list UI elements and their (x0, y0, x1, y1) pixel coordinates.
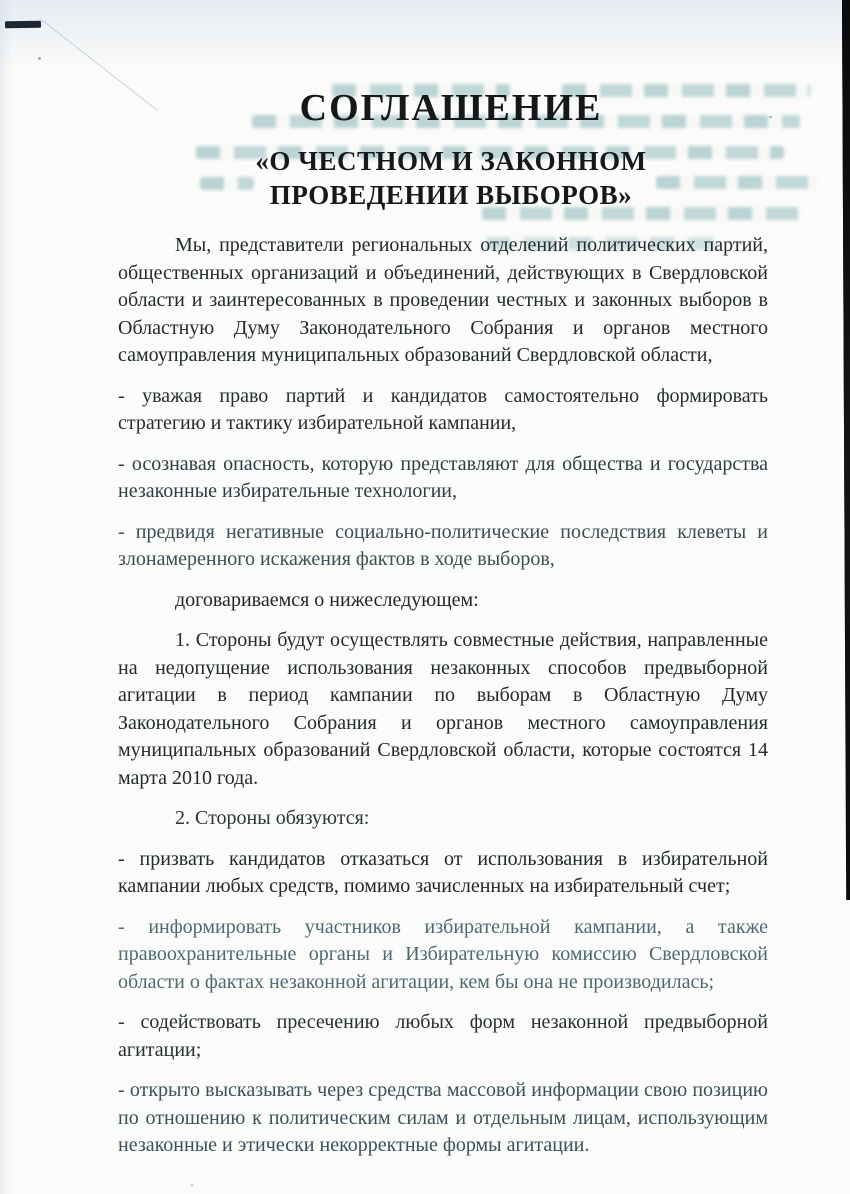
document-subtitle-line: ПРОВЕДЕНИИ ВЫБОРОВ» (134, 178, 768, 212)
scan-speck (38, 57, 41, 60)
paragraph-item-2: 2. Стороны обязуются: (118, 805, 768, 833)
corner-ink-mark (5, 21, 41, 29)
document-body: Мы, представители региональных отделений… (118, 232, 768, 1160)
document-subtitle-line: «О ЧЕСТНОМ И ЗАКОННОМ (134, 144, 768, 178)
paragraph-obligation: - открыто высказывать через средства мас… (118, 1077, 768, 1160)
document-content: СОГЛАШЕНИЕ «О ЧЕСТНОМ И ЗАКОННОМ ПРОВЕДЕ… (118, 0, 768, 1160)
paragraph-obligation: - призвать кандидатов отказаться от испо… (118, 846, 768, 901)
scan-right-edge-shadow (840, 0, 850, 900)
paragraph-preamble: Мы, представители региональных отделений… (118, 232, 768, 370)
paragraph-clause: - осознавая опасность, которую представл… (118, 451, 768, 506)
paragraph-clause: - уважая право партий и кандидатов самос… (118, 383, 768, 438)
paragraph-obligation: - содействовать пресечению любых форм не… (118, 1009, 768, 1064)
document-title: СОГЛАШЕНИЕ (134, 0, 768, 130)
document-subtitle: «О ЧЕСТНОМ И ЗАКОННОМ ПРОВЕДЕНИИ ВЫБОРОВ… (134, 144, 768, 212)
paragraph-agreement-lead: договариваемся о нижеследующем: (118, 587, 768, 615)
scan-speck (190, 1184, 194, 1186)
scan-speck (769, 116, 772, 118)
paragraph-clause: - предвидя негативные социально-политиче… (118, 519, 768, 574)
document-headings: СОГЛАШЕНИЕ «О ЧЕСТНОМ И ЗАКОННОМ ПРОВЕДЕ… (118, 0, 768, 212)
paragraph-item-1: 1. Стороны будут осуществлять совместные… (118, 627, 768, 792)
scan-left-tint (0, 0, 12, 1194)
scanned-document-page: СОГЛАШЕНИЕ «О ЧЕСТНОМ И ЗАКОННОМ ПРОВЕДЕ… (0, 0, 850, 1194)
paragraph-obligation: - информировать участников избирательной… (118, 914, 768, 997)
